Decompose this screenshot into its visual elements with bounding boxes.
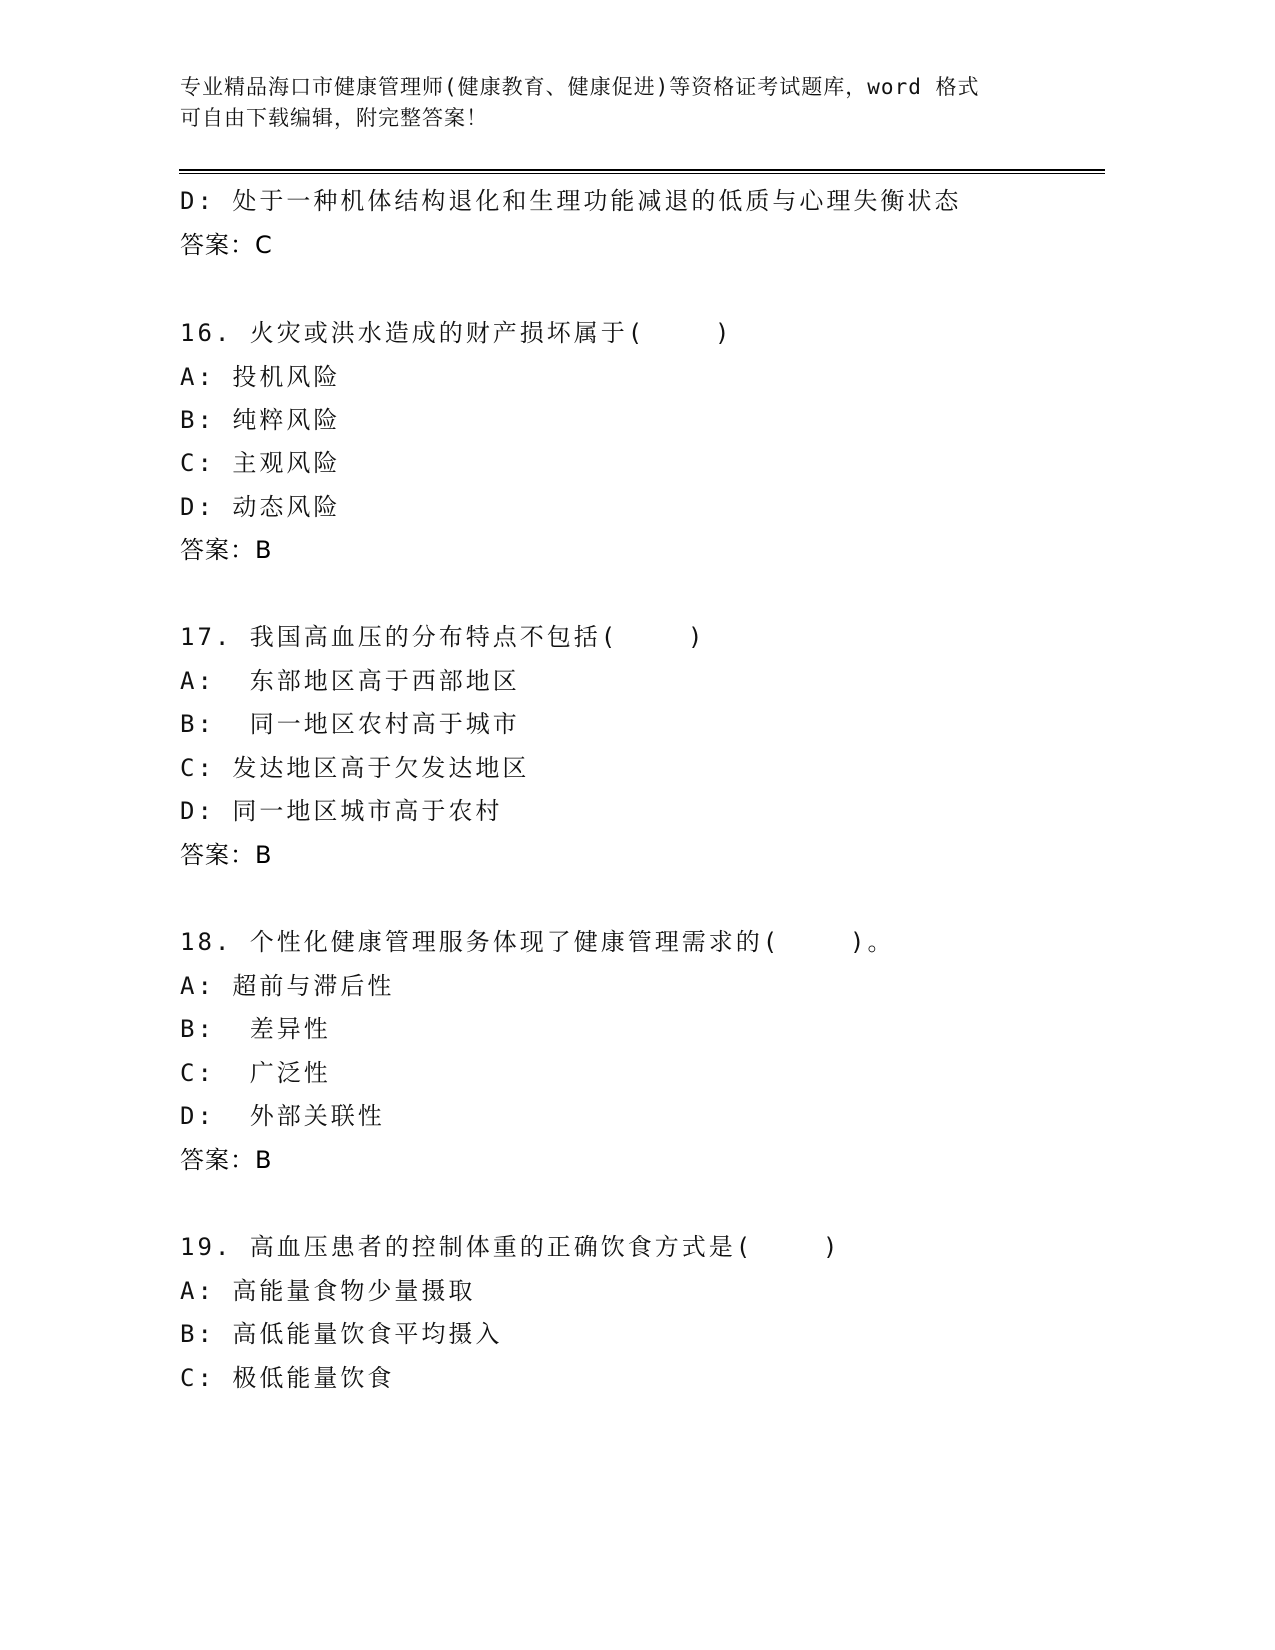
question-19-stem: 19. 高血压患者的控制体重的正确饮食方式是( )	[180, 1232, 841, 1262]
question-17-option-b: B: 同一地区农村高于城市	[180, 709, 520, 739]
question-18-answer: 答案：B	[180, 1145, 272, 1175]
question-18-option-b: B: 差异性	[180, 1014, 331, 1044]
question-18-stem: 18. 个性化健康管理服务体现了健康管理需求的( )。	[180, 927, 895, 957]
header-title-line-2: 可自由下载编辑，附完整答案！	[180, 103, 1040, 134]
question-16-option-c: C: 主观风险	[180, 448, 340, 478]
header-divider-thick	[179, 169, 1105, 171]
question-16-stem: 16. 火灾或洪水造成的财产损坏属于( )	[180, 318, 733, 348]
question-17-answer: 答案：B	[180, 840, 272, 870]
document-page: 专业精品海口市健康管理师(健康教育、健康促进)等资格证考试题库，word 格式 …	[0, 0, 1275, 1650]
question-19-option-b: B: 高低能量饮食平均摄入	[180, 1319, 502, 1349]
prev-question-option-d: D: 处于一种机体结构退化和生理功能减退的低质与心理失衡状态	[180, 186, 961, 216]
question-16-answer: 答案：B	[180, 535, 272, 565]
question-18-option-a: A: 超前与滞后性	[180, 971, 394, 1001]
document-header: 专业精品海口市健康管理师(健康教育、健康促进)等资格证考试题库，word 格式 …	[180, 72, 1040, 134]
question-18-option-d: D: 外部关联性	[180, 1101, 385, 1131]
question-16-option-b: B: 纯粹风险	[180, 405, 340, 435]
question-19-option-a: A: 高能量食物少量摄取	[180, 1276, 475, 1306]
question-17-option-c: C: 发达地区高于欠发达地区	[180, 753, 529, 783]
question-17-stem: 17. 我国高血压的分布特点不包括( )	[180, 622, 706, 652]
question-18-option-c: C: 广泛性	[180, 1058, 331, 1088]
header-title-line-1: 专业精品海口市健康管理师(健康教育、健康促进)等资格证考试题库，word 格式	[180, 72, 1040, 103]
question-16-option-d: D: 动态风险	[180, 492, 340, 522]
question-17-option-d: D: 同一地区城市高于农村	[180, 796, 502, 826]
question-17-option-a: A: 东部地区高于西部地区	[180, 666, 520, 696]
prev-question-answer: 答案：C	[180, 230, 273, 260]
question-19-option-c: C: 极低能量饮食	[180, 1363, 394, 1393]
header-divider-thin	[179, 173, 1105, 174]
question-16-option-a: A: 投机风险	[180, 362, 340, 392]
